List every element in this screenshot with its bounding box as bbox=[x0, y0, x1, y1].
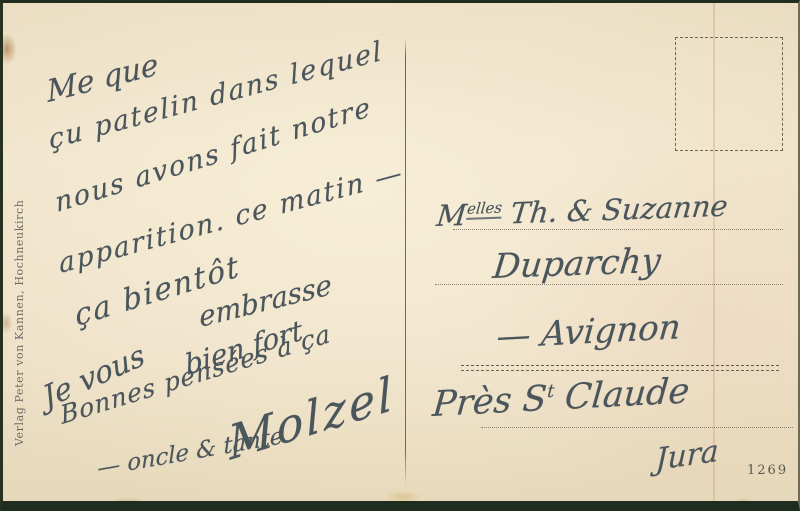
address-names: Th. & Suzanne bbox=[500, 189, 730, 231]
stamp-box bbox=[675, 37, 783, 151]
address-rule-4 bbox=[481, 427, 793, 428]
address-line-4-locality: Près St Claude bbox=[431, 371, 691, 425]
address-underline-bottom bbox=[461, 370, 779, 371]
address-salutation-superscript: elles bbox=[466, 199, 503, 220]
center-divider-line bbox=[405, 38, 406, 486]
address-line-3-town: — Avignon bbox=[495, 307, 682, 357]
address-line-1: Melles Th. & Suzanne bbox=[435, 189, 730, 233]
address-rule-2 bbox=[435, 284, 783, 285]
publisher-imprint: Verlag Peter von Kannen, Hochneukirch bbox=[13, 200, 26, 446]
address-line-4-prefix: Près S bbox=[431, 379, 548, 425]
signature: Molzel bbox=[226, 365, 397, 471]
address-underline-top bbox=[461, 365, 779, 366]
serial-number: 1269 bbox=[747, 463, 788, 478]
postcard-back: Verlag Peter von Kannen, Hochneukirch Me… bbox=[0, 0, 800, 511]
address-line-5-department: Jura bbox=[655, 434, 719, 478]
address-line-2-surname: Duparchy bbox=[491, 241, 663, 287]
address-salutation-initial: M bbox=[435, 198, 468, 233]
address-line-4-rest: Claude bbox=[552, 371, 691, 418]
